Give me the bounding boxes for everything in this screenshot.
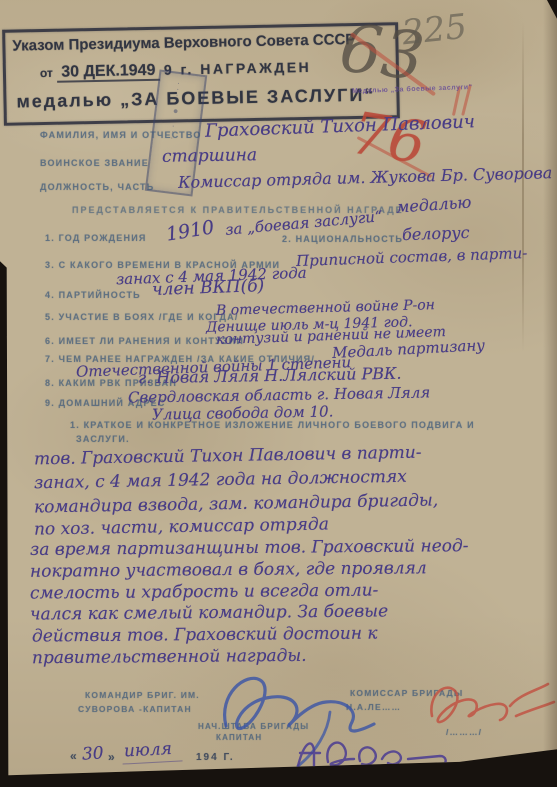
footer-commander-line1: командир бриг. им. <box>85 690 200 700</box>
citation-heading-2: заслуги. <box>76 434 130 444</box>
citation-heading-1: 1. Краткое и конкретное изложение личног… <box>70 420 475 430</box>
value-birth-year: 1910 <box>165 216 216 245</box>
archival-number-pencil: 225 <box>400 7 469 54</box>
label-rank: Воинское звание <box>40 158 149 168</box>
value-party: член ВКП(б) <box>152 276 265 300</box>
value-position: Комиссар отряда им. Жукова Бр. Суворова <box>178 163 553 192</box>
citation-line-3: командира взвода, зам. командира бригады… <box>34 490 438 517</box>
citation-line-8: чался как смелый командир. За боевые <box>30 601 388 624</box>
date-open-quote: « <box>70 749 78 763</box>
label-surname: Фамилия, имя и отчество <box>40 130 202 140</box>
citation-line-1: тов. Граховский Тихон Павлович в парти- <box>34 443 422 470</box>
value-service-since-1: Приписной состав, в парти- <box>296 244 528 270</box>
citation-line-9: действия тов. Граховский достоин к <box>32 623 378 646</box>
citation-line-2: занах, с 4 мая 1942 года на должностях <box>34 467 407 494</box>
label-wounds: 6. Имеет ли ранения и контузии <box>45 336 244 346</box>
label-nationality: 2. Национальность <box>282 234 403 244</box>
label-birth-year: 1. Год рождения <box>45 233 147 243</box>
citation-line-5: за время партизанщины тов. Граховский не… <box>30 536 469 560</box>
citation-line-7: смелость и храбрость и всегда отли- <box>30 580 379 603</box>
value-rank: старшина <box>162 145 257 167</box>
citation-line-6: нократно участвовал в боях, где проявлял <box>30 558 427 581</box>
decree-from-word: от <box>40 66 53 80</box>
label-party: 4. Партийность <box>45 290 141 300</box>
date-close-quote: » <box>108 750 116 764</box>
decree-stamp-line1: Указом Президиума Верховного Совета СССР <box>12 31 355 55</box>
value-nationality: белорус <box>402 223 470 244</box>
date-day: 30 <box>81 743 104 764</box>
signature-red-ink <box>420 676 557 731</box>
decree-date-stamp: 30 ДЕК.1949 <box>57 62 159 83</box>
torn-edge-highlight <box>0 336 7 362</box>
signature-chief-ink <box>288 730 453 780</box>
scanned-award-document: Указом Президиума Верховного Совета СССР… <box>0 0 557 787</box>
label-position: Должность, часть <box>40 182 154 192</box>
paper-sheet: Указом Президиума Верховного Совета СССР… <box>0 0 557 787</box>
citation-line-4: по хоз. части, комиссар отряда <box>34 514 329 539</box>
date-month: июля <box>121 738 182 764</box>
value-award-medal: медалью <box>395 192 472 216</box>
right-edge-shadow <box>543 0 557 787</box>
footer-commander-line2: Суворова -капитан <box>78 704 192 714</box>
paper-crease <box>522 22 524 352</box>
